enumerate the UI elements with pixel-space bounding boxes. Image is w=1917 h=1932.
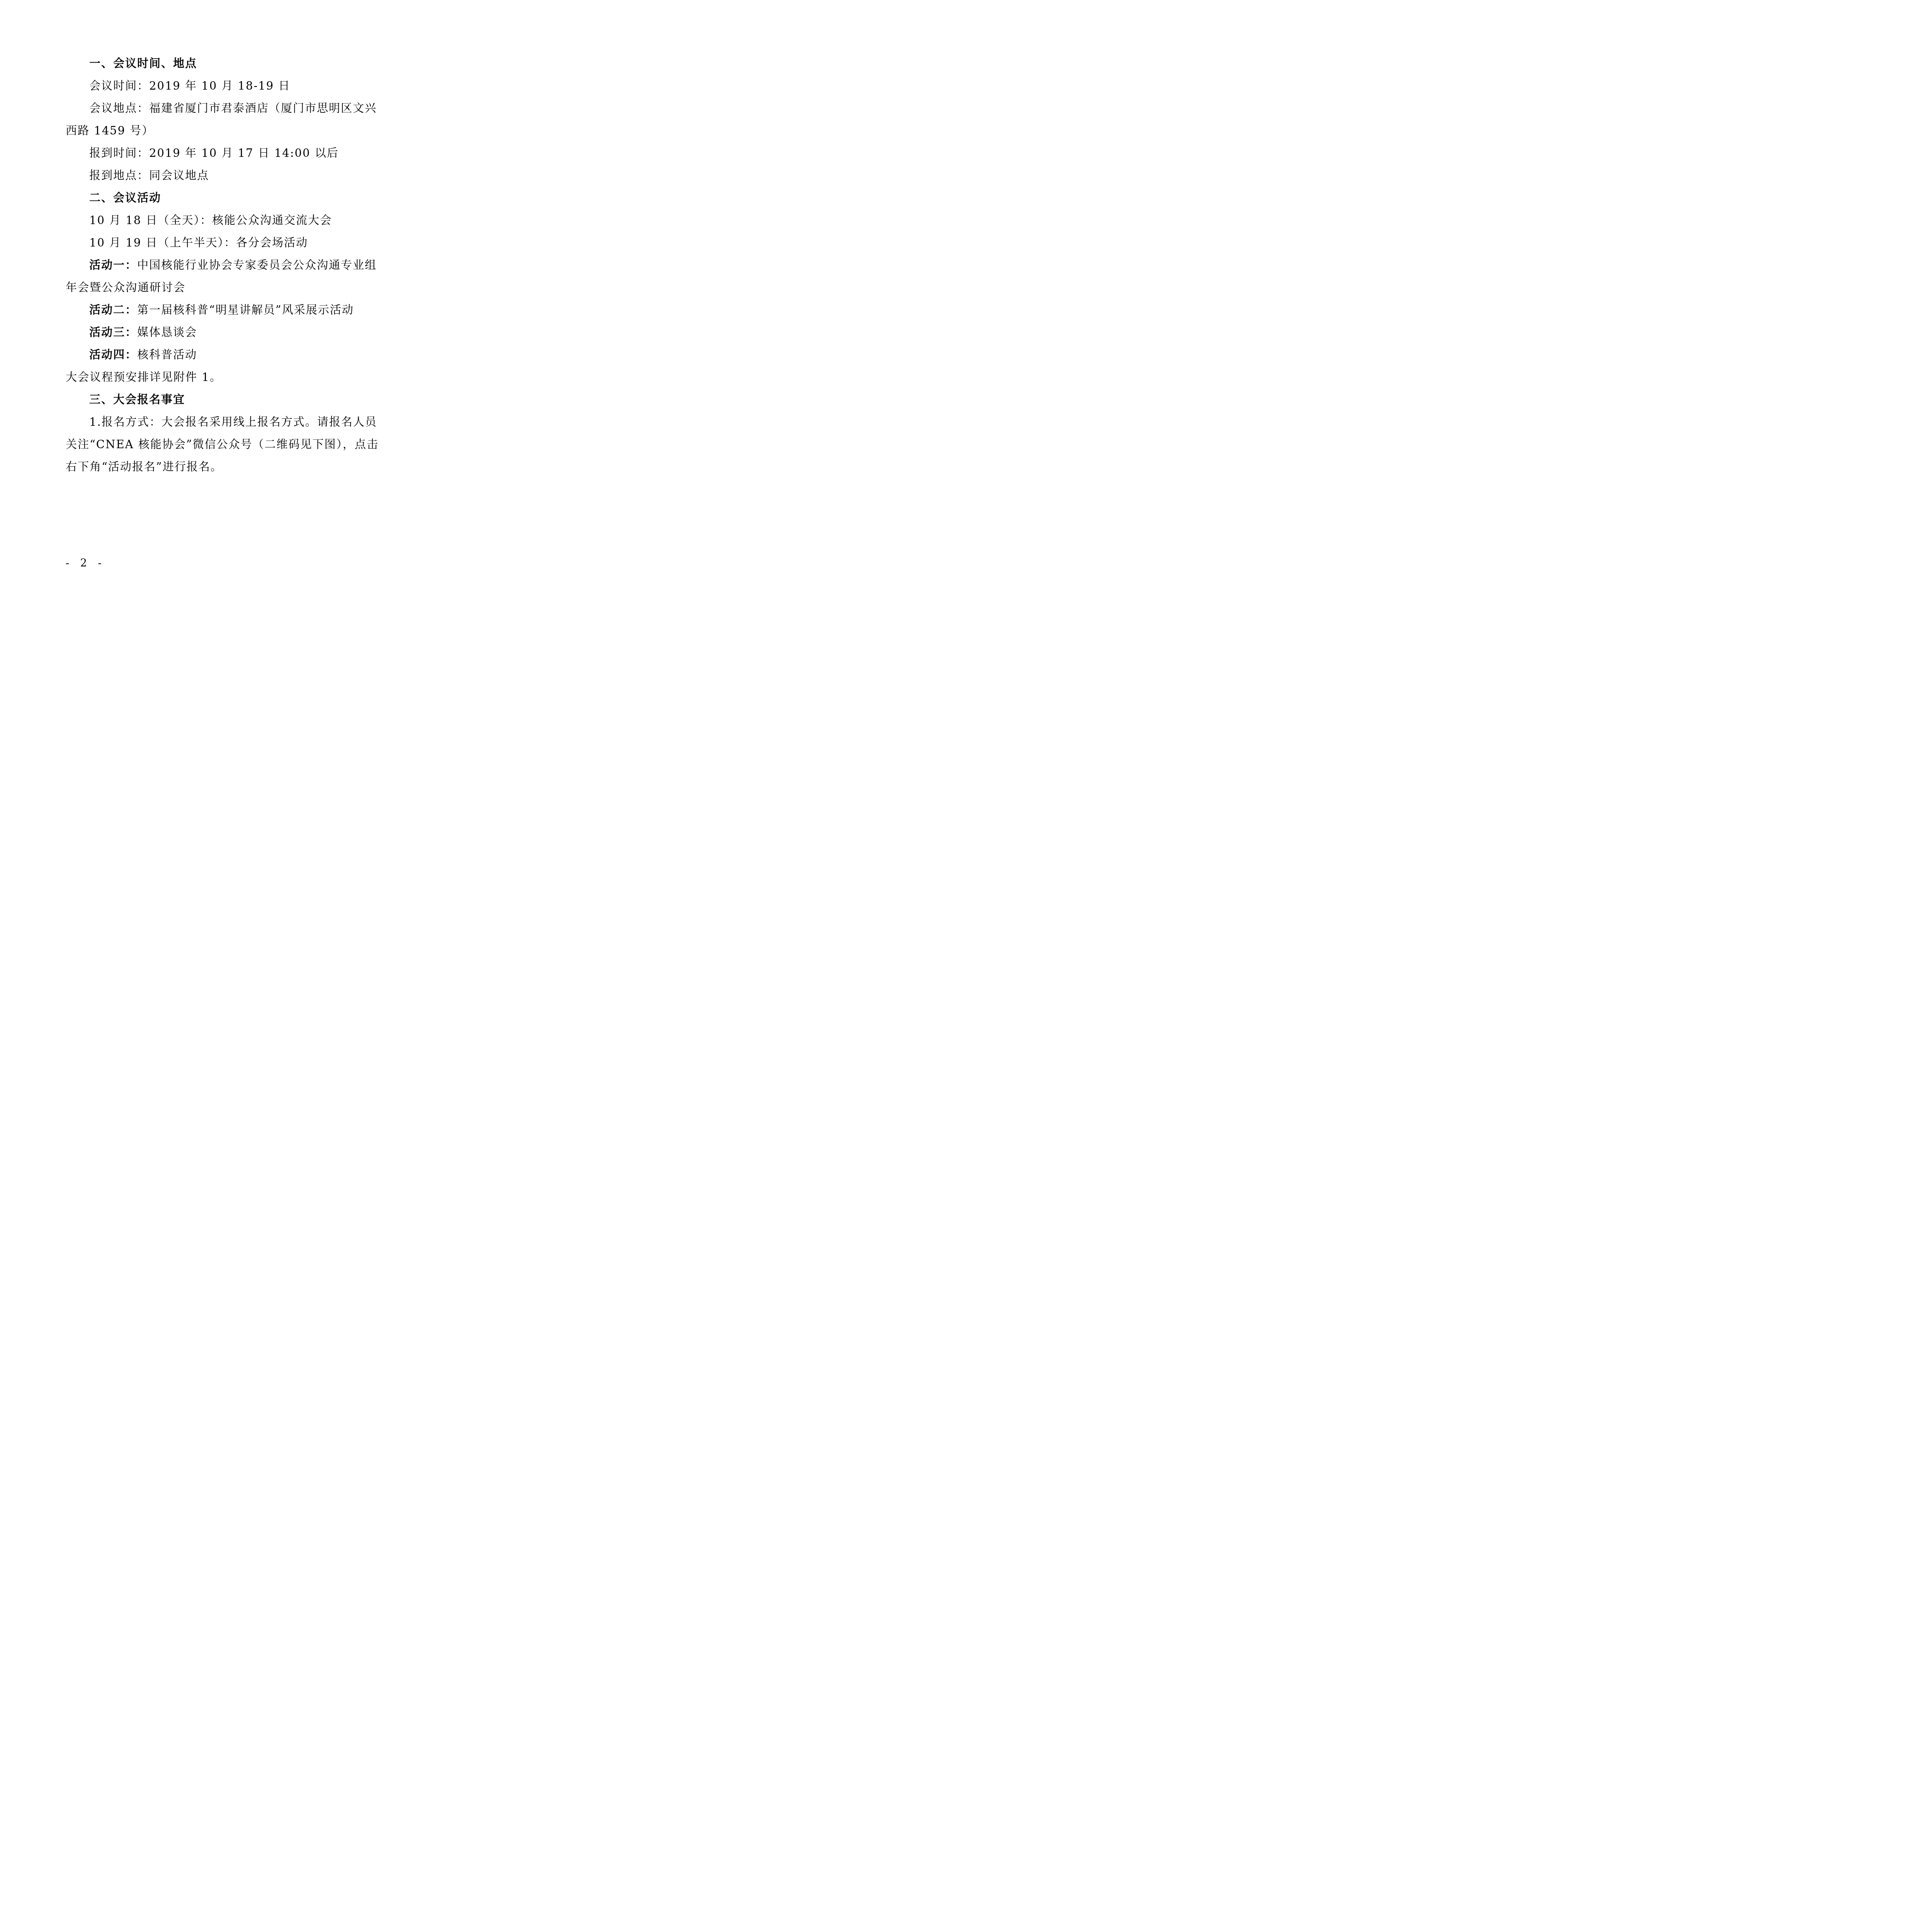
activity-label: 活动四： [89, 348, 137, 361]
meeting-place-line1: 会议地点：福建省厦门市君泰酒店（厦门市思明区文兴 [89, 100, 377, 116]
activity-3: 活动三：媒体恳谈会 [89, 325, 197, 340]
activity-4: 活动四：核科普活动 [89, 347, 197, 362]
meeting-time: 会议时间：2019 年 10 月 18-19 日 [89, 78, 290, 94]
page-number: - 2 - [66, 557, 105, 569]
checkin-place: 报到地点：同会议地点 [89, 168, 209, 183]
registration-line1: 1.报名方式：大会报名采用线上报名方式。请报名人员 [89, 414, 377, 430]
section-heading-registration: 三、大会报名事宜 [89, 392, 185, 407]
schedule-day2: 10 月 19 日（上午半天）：各分会场活动 [89, 235, 308, 250]
registration-line2: 关注“CNEA 核能协会”微信公众号（二维码见下图），点击 [66, 437, 379, 452]
section-heading-time-place: 一、会议时间、地点 [89, 56, 197, 71]
activity-2: 活动二：第一届核科普“明星讲解员”风采展示活动 [89, 302, 354, 318]
activity-label: 活动三： [89, 326, 137, 339]
checkin-time: 报到时间：2019 年 10 月 17 日 14:00 以后 [89, 145, 339, 161]
activity-1: 活动一：中国核能行业协会专家委员会公众沟通专业组 [89, 257, 377, 273]
agenda-note: 大会议程预安排详见附件 1。 [66, 369, 222, 385]
activity-1-line2: 年会暨公众沟通研讨会 [66, 280, 185, 295]
schedule-day1: 10 月 18 日（全天）：核能公众沟通交流大会 [89, 213, 332, 228]
section-heading-activities: 二、会议活动 [89, 190, 161, 206]
registration-line3: 右下角“活动报名”进行报名。 [66, 459, 223, 474]
activity-label: 活动二： [89, 303, 137, 316]
activity-text: 媒体恳谈会 [137, 326, 197, 339]
activity-text: 第一届核科普“明星讲解员”风采展示活动 [137, 303, 354, 316]
activity-label: 活动一： [89, 259, 137, 272]
meeting-place-line2: 西路 1459 号） [66, 123, 154, 138]
activity-text: 核科普活动 [137, 348, 197, 361]
activity-text: 中国核能行业协会专家委员会公众沟通专业组 [137, 259, 377, 272]
